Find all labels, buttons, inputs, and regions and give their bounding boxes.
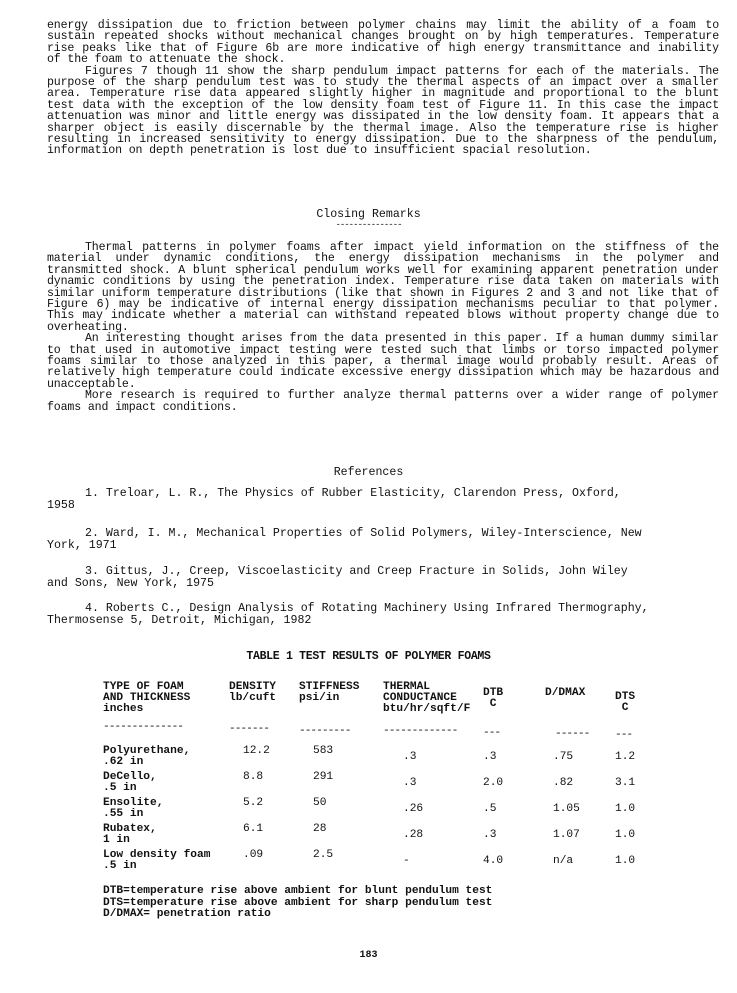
table-cell-density: 8.8 <box>243 772 263 783</box>
table-cell-density: 12.2 <box>243 746 270 757</box>
table-header: STIFFNESS psi/in <box>299 682 359 704</box>
closing-paragraph: An interesting thought arises from the d… <box>47 333 719 390</box>
closing-paragraph: More research is required to further ana… <box>47 390 719 413</box>
table-header: DENSITY lb/cuft <box>229 682 276 704</box>
reference-item: 4. Roberts C., Design Analysis of Rotati… <box>47 603 719 627</box>
table-cell-density: .09 <box>243 850 263 861</box>
note-line: DTB=temperature rise above ambient for b… <box>103 886 492 898</box>
table-cell-dts: 1.0 <box>615 856 635 867</box>
table-cell-name: Rubatex, 1 in <box>103 824 157 846</box>
table-cell-conductance: .3 <box>403 778 416 789</box>
table-cell-conductance: .26 <box>403 804 423 815</box>
table-cell-dtb: 2.0 <box>483 778 503 789</box>
reference-text: Treloar, L. R., The Physics of Rubber El… <box>106 487 621 500</box>
table-cell-dtb: .5 <box>483 804 496 815</box>
table-cell-dtb: 4.0 <box>483 856 503 867</box>
table-cell-dts: 1.0 <box>615 804 635 815</box>
table-cell-conductance: .28 <box>403 830 423 841</box>
paragraph-figures: Figures 7 though 11 show the sharp pendu… <box>47 66 719 157</box>
table-cell-dts: 1.0 <box>615 830 635 841</box>
table-cell-conductance: - <box>403 856 410 867</box>
table-cell-name: Low density foam .5 in <box>103 850 210 872</box>
reference-text: Ward, I. M., Mechanical Properties of So… <box>106 527 642 540</box>
reference-text-cont: York, 1971 <box>47 540 719 552</box>
table-cell-name: Polyurethane, .62 in <box>103 746 190 768</box>
table-cell-name: Ensolite, .55 in <box>103 798 163 820</box>
document-page: energy dissipation due to friction betwe… <box>0 0 737 993</box>
closing-remarks-underline: --------------- <box>0 220 737 230</box>
table-cell-conductance: .3 <box>403 752 416 763</box>
table-cell-ddmax: 1.05 <box>553 804 580 815</box>
table-cell-dtb: .3 <box>483 752 496 763</box>
header-rule: --- <box>483 728 500 739</box>
table-cell-stiffness: 2.5 <box>313 850 333 861</box>
header-rule: --------- <box>299 726 350 737</box>
table-cell-ddmax: .82 <box>553 778 573 789</box>
closing-remarks-body: Thermal patterns in polymer foams after … <box>47 242 719 413</box>
reference-text-cont: Thermosense 5, Detroit, Michigan, 1982 <box>47 615 719 627</box>
table-notes: DTB=temperature rise above ambient for b… <box>103 886 492 921</box>
reference-item: 2. Ward, I. M., Mechanical Properties of… <box>47 528 719 552</box>
table-cell-dtb: .3 <box>483 830 496 841</box>
reference-number: 1. <box>85 487 99 500</box>
closing-paragraph: Thermal patterns in polymer foams after … <box>47 242 719 333</box>
reference-item: 3. Gittus, J., Creep, Viscoelasticity an… <box>47 566 719 590</box>
note-line: D/DMAX= penetration ratio <box>103 909 492 921</box>
table-header: D/DMAX <box>545 688 585 699</box>
body-section-top: energy dissipation due to friction betwe… <box>47 20 719 157</box>
table-header: DTS C <box>615 692 635 714</box>
table-header: DTB C <box>483 688 503 710</box>
table-cell-ddmax: .75 <box>553 752 573 763</box>
table-cell-stiffness: 28 <box>313 824 326 835</box>
table-cell-ddmax: 1.07 <box>553 830 580 841</box>
table-cell-dts: 3.1 <box>615 778 635 789</box>
table-cell-stiffness: 291 <box>313 772 333 783</box>
header-rule: -------------- <box>103 722 183 733</box>
paragraph-continued: energy dissipation due to friction betwe… <box>47 20 719 66</box>
reference-text-cont: and Sons, New York, 1975 <box>47 578 719 590</box>
table-cell-density: 6.1 <box>243 824 263 835</box>
table-cell-name: DeCello, .5 in <box>103 772 157 794</box>
header-rule: --- <box>615 730 632 741</box>
table-cell-density: 5.2 <box>243 798 263 809</box>
table-title: TABLE 1 TEST RESULTS OF POLYMER FOAMS <box>0 650 737 663</box>
references-heading: References <box>0 466 737 479</box>
reference-item: 1. Treloar, L. R., The Physics of Rubber… <box>47 488 719 512</box>
table-header: TYPE OF FOAM AND THICKNESS inches <box>103 682 190 715</box>
table-cell-stiffness: 50 <box>313 798 326 809</box>
page-number: 183 <box>0 950 737 961</box>
table-cell-ddmax: n/a <box>553 856 573 867</box>
reference-text-cont: 1958 <box>47 500 719 512</box>
header-rule: ------- <box>229 724 269 735</box>
table-cell-stiffness: 583 <box>313 746 333 757</box>
header-rule: ------ <box>555 729 589 740</box>
table-cell-dts: 1.2 <box>615 752 635 763</box>
table-header: THERMAL CONDUCTANCE btu/hr/sqft/F <box>383 682 470 715</box>
header-rule: ------------- <box>383 726 457 737</box>
